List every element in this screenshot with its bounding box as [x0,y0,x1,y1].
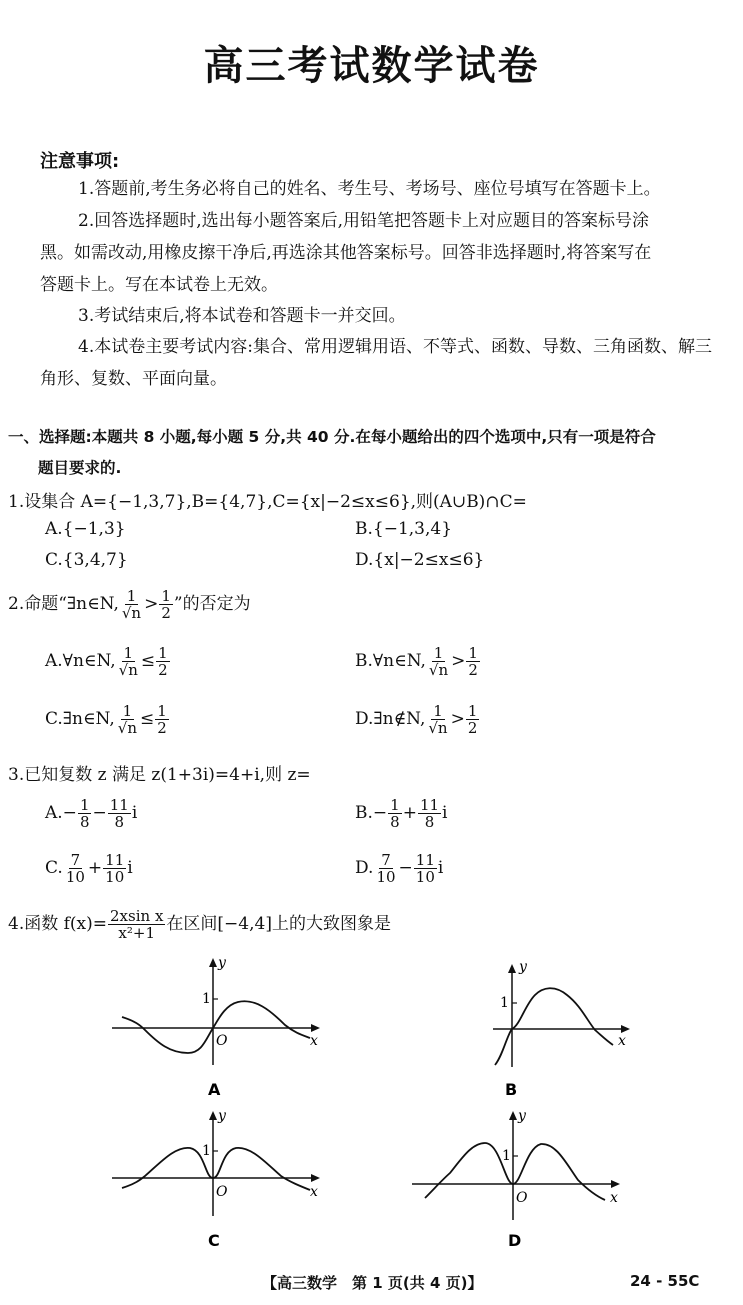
svg-text:y: y [217,955,227,971]
question-2-option-d: D.∃n∉N,1√n>12 [355,703,480,736]
svg-text:1: 1 [502,1148,511,1164]
svg-text:1: 1 [202,991,211,1007]
notice-item-4-cont: 角形、复数、平面向量。 [40,368,227,390]
question-1-option-d: D.{x|−2≤x≤6} [355,550,484,570]
svg-text:O: O [216,1033,228,1049]
svg-text:1: 1 [202,1143,211,1159]
graph-c: 1 y x O C [110,1108,330,1253]
graph-d: 1 y x O D [410,1108,630,1253]
notice-item-1: 1.答题前,考生务必将自己的姓名、考生号、考场号、座位号填写在答题卡上。 [78,178,661,200]
svg-text:x: x [310,1184,318,1200]
question-1-option-c: C.{3,4,7} [45,550,128,570]
section-heading-cont: 题目要求的. [38,456,121,478]
svg-text:1: 1 [500,995,509,1011]
fraction: 12 [159,588,173,621]
svg-text:A: A [208,1080,221,1099]
page-title: 高三考试数学试卷 [0,34,743,91]
question-3-stem: 3.已知复数 z 满足 z(1+3i)=4+i,则 z= [8,760,311,785]
svg-text:x: x [310,1033,318,1049]
question-4-stem: 4.函数 f(x)=2xsin xx²+1在区间[−4,4]上的大致图象是 [8,908,391,941]
section-heading: 一、选择题:本题共 8 小题,每小题 5 分,共 40 分.在每小题给出的四个选… [8,425,656,447]
question-2-option-b: B.∀n∈N,1√n>12 [355,645,481,678]
question-1-stem: 1.设集合 A={−1,3,7},B={4,7},C={x|−2≤x≤6},则(… [8,487,527,512]
question-3-option-d: D.710−1110i [355,852,443,885]
question-1-option-b: B.{−1,3,4} [355,519,452,539]
svg-text:O: O [216,1184,228,1200]
svg-text:O: O [516,1190,528,1206]
paper-code: 24 - 55C [630,1272,699,1290]
fraction: 1√n [120,588,143,621]
svg-text:C: C [208,1231,220,1250]
svg-text:x: x [618,1033,626,1049]
graph-b: 1 y x B [475,955,635,1100]
notice-item-2-cont: 黑。如需改动,用橡皮擦干净后,再选涂其他答案标号。回答非选择题时,将答案写在 [40,242,651,264]
svg-text:y: y [217,1108,227,1124]
notice-heading: 注意事项: [40,147,119,173]
svg-text:x: x [610,1190,618,1206]
page-footer: 【高三数学 第 1 页(共 4 页)】 [262,1272,482,1293]
question-2-option-a: A.∀n∈N,1√n≤12 [45,645,171,678]
question-3-option-b: B.−18+118i [355,797,447,830]
svg-text:y: y [518,959,528,975]
question-3-option-a: A.−18−118i [45,797,137,830]
question-1-option-a: A.{−1,3} [45,519,126,539]
svg-text:y: y [517,1108,527,1124]
svg-text:D: D [508,1231,521,1250]
svg-text:B: B [505,1080,517,1099]
graph-a: 1 y x O A [110,955,330,1100]
question-3-option-c: C.710+1110i [45,852,133,885]
notice-item-2: 2.回答选择题时,选出每小题答案后,用铅笔把答题卡上对应题目的答案标号涂 [78,210,649,232]
notice-item-3: 3.考试结束后,将本试卷和答题卡一并交回。 [78,305,406,327]
question-2-stem: 2.命题“∃n∈N,1√n>12”的否定为 [8,588,251,621]
notice-item-4: 4.本试卷主要考试内容:集合、常用逻辑用语、不等式、函数、导数、三角函数、解三 [78,336,712,358]
question-2-option-c: C.∃n∈N,1√n≤12 [45,703,170,736]
notice-item-2-cont2: 答题卡上。写在本试卷上无效。 [40,274,278,296]
